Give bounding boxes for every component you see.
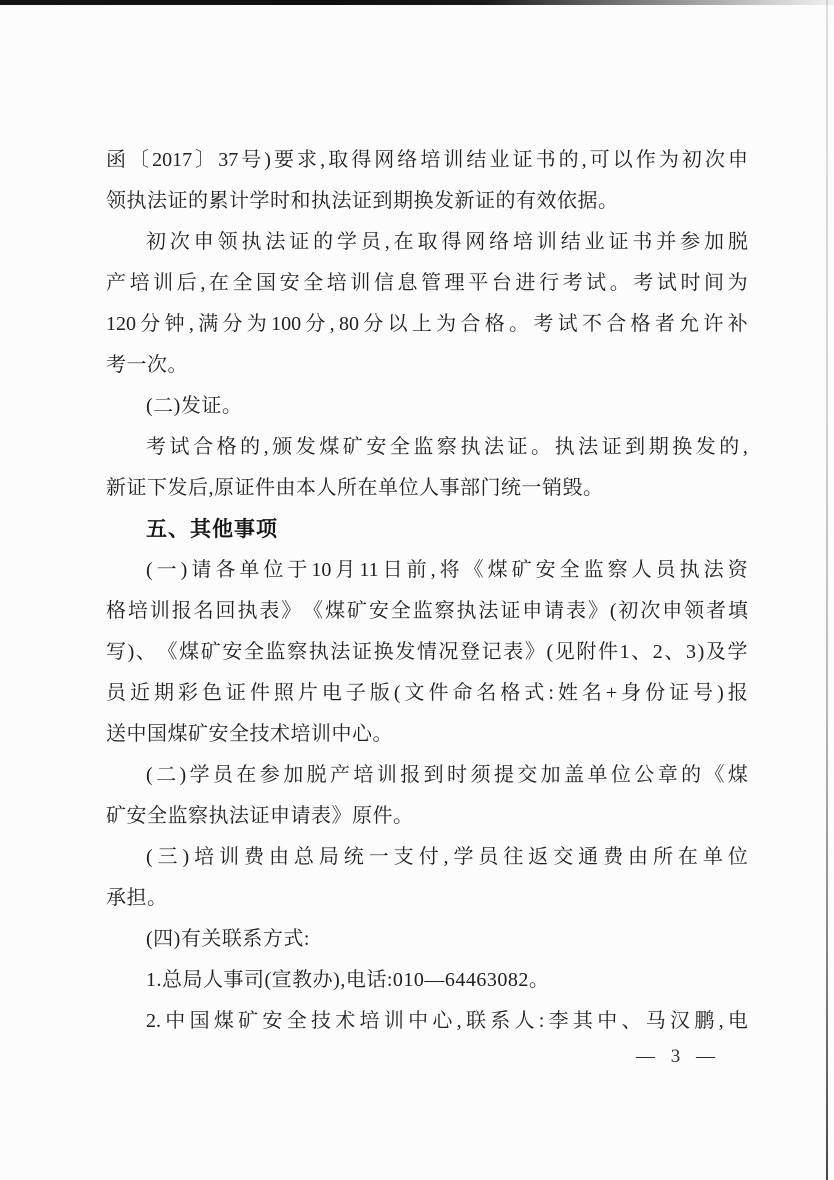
glyph-token: 份: [645, 673, 665, 714]
glyph-token: 2017: [152, 140, 192, 181]
glyph-token: 各: [215, 550, 235, 591]
glyph-token: 参: [680, 222, 700, 263]
glyph-token: 要: [274, 140, 294, 181]
glyph-token: 允: [679, 304, 699, 345]
glyph-token: 证: [602, 427, 622, 468]
glyph-token: 全: [244, 632, 264, 673]
glyph-token: 络: [489, 222, 509, 263]
glyph-token: 执: [309, 632, 329, 673]
glyph-token: 费: [603, 837, 623, 878]
glyph-token: 法: [484, 427, 504, 468]
glyph-token: 员: [106, 673, 126, 714]
section-heading: 五、其他事项: [106, 509, 748, 550]
glyph-token: 合: [193, 427, 213, 468]
glyph-token: 满: [198, 304, 218, 345]
glyph-token: 盖: [564, 755, 584, 796]
glyph-token: 中: [165, 1001, 185, 1042]
glyph-token: 须: [470, 755, 490, 796]
glyph-token: 培: [130, 263, 150, 304]
glyph-token: 号: [693, 673, 713, 714]
glyph-token: 时: [680, 263, 700, 304]
glyph-token: 二: [156, 755, 176, 796]
glyph-token: ): [128, 632, 135, 673]
glyph-token: 报: [172, 591, 192, 632]
glyph-token: 将: [440, 550, 460, 591]
glyph-token: 矿: [201, 632, 221, 673]
glyph-token: (: [610, 591, 617, 632]
glyph-token: 记: [482, 632, 502, 673]
glyph-token: 合: [460, 304, 480, 345]
glyph-token: 》: [525, 632, 545, 673]
glyph-token: 〕: [195, 140, 215, 181]
document-text-block: 函〔2017〕37号)要求,取得网络培训结业证书的,可以作为初次申领执法证的累计…: [106, 140, 748, 1042]
glyph-token: 脱: [728, 222, 748, 263]
glyph-token: ,: [444, 837, 449, 878]
glyph-token: 法: [478, 591, 498, 632]
glyph-token: 执: [242, 222, 262, 263]
glyph-token: 颁: [272, 427, 292, 468]
scan-edge-right-artifact: [826, 0, 828, 1180]
glyph-token: 、: [136, 632, 156, 673]
glyph-token: 安: [262, 1001, 282, 1042]
glyph-token: 2: [653, 632, 663, 673]
glyph-token: 监: [413, 591, 433, 632]
glyph-token: 钟: [165, 304, 185, 345]
glyph-token: 安: [366, 427, 386, 468]
glyph-token: 察: [287, 632, 307, 673]
glyph-token: 37: [218, 140, 238, 181]
glyph-token: 许: [703, 304, 723, 345]
glyph-token: +: [606, 673, 617, 714]
glyph-token: 表: [259, 591, 279, 632]
glyph-token: 煤: [728, 755, 748, 796]
glyph-token: 函: [106, 140, 126, 181]
glyph-token: 、: [664, 632, 684, 673]
glyph-token: 为: [659, 140, 679, 181]
glyph-token: 交: [517, 755, 537, 796]
glyph-token: 情: [417, 632, 437, 673]
glyph-token: ): [181, 550, 188, 591]
glyph-token: 由: [628, 837, 648, 878]
glyph-token: 报: [400, 755, 420, 796]
glyph-token: 换: [672, 427, 692, 468]
glyph-token: 版: [370, 673, 390, 714]
glyph-token: 矿: [512, 550, 532, 591]
glyph-token: 总: [294, 837, 314, 878]
glyph-token: 。: [531, 427, 551, 468]
glyph-token: 全: [390, 427, 410, 468]
document-line: 产培训后,在全国安全培训信息管理平台进行考试。考试时间为: [106, 263, 748, 304]
glyph-token: 人: [515, 1001, 535, 1042]
glyph-token: 位: [263, 550, 283, 591]
glyph-token: 安: [222, 632, 242, 673]
glyph-token: 者: [706, 591, 726, 632]
glyph-token: 术: [335, 1001, 355, 1042]
glyph-token: 行: [539, 263, 559, 304]
glyph-token: 其: [573, 1001, 593, 1042]
glyph-token: (: [146, 755, 153, 796]
glyph-token: 日: [383, 550, 403, 591]
glyph-token: 单: [703, 837, 723, 878]
glyph-token: 培: [194, 837, 214, 878]
glyph-token: 训: [153, 263, 173, 304]
glyph-token: 格: [485, 304, 505, 345]
glyph-token: 培: [420, 140, 440, 181]
glyph-token: 发: [296, 427, 316, 468]
glyph-token: 申: [662, 591, 682, 632]
glyph-token: 证: [352, 632, 372, 673]
glyph-token: 报: [728, 673, 748, 714]
glyph-token: 联: [466, 1001, 486, 1042]
glyph-token: ): [717, 673, 724, 714]
glyph-token: 况: [438, 632, 458, 673]
glyph-token: 训: [443, 140, 463, 181]
glyph-token: 台: [492, 263, 512, 304]
glyph-token: 初: [618, 591, 638, 632]
glyph-token: 全: [391, 591, 411, 632]
glyph-token: 矿: [238, 1001, 258, 1042]
glyph-token: ,: [457, 1001, 462, 1042]
glyph-token: 全: [287, 1001, 307, 1042]
glyph-token: 得: [441, 222, 461, 263]
glyph-token: 不: [582, 304, 602, 345]
glyph-token: 申: [194, 222, 214, 263]
glyph-token: 培: [128, 591, 148, 632]
glyph-token: 为: [247, 304, 267, 345]
glyph-token: ,: [320, 140, 325, 181]
glyph-token: 往: [503, 837, 523, 878]
glyph-token: 100: [271, 304, 301, 345]
glyph-token: (: [394, 673, 401, 714]
glyph-token: 、: [631, 632, 651, 673]
glyph-token: 附: [576, 632, 596, 673]
glyph-token: 发: [395, 632, 415, 673]
glyph-token: 色: [202, 673, 222, 714]
glyph-token: 加: [704, 222, 724, 263]
glyph-token: 的: [240, 427, 260, 468]
glyph-token: 期: [154, 673, 174, 714]
document-line: 2.中国煤矿安全技术培训中心,联系人:李其中、马汉鹏,电: [106, 1001, 748, 1042]
glyph-token: 照: [274, 673, 294, 714]
glyph-token: 11: [359, 550, 378, 591]
glyph-token: 汉: [670, 1001, 690, 1042]
glyph-token: ,: [200, 263, 205, 304]
glyph-token: 参: [260, 755, 280, 796]
glyph-token: 执: [460, 427, 480, 468]
glyph-token: 1: [620, 632, 630, 673]
glyph-token: 中: [597, 1001, 617, 1042]
glyph-token: 监: [413, 427, 433, 468]
glyph-token: 费: [244, 837, 264, 878]
glyph-token: 件: [598, 632, 618, 673]
glyph-token: ): [183, 837, 190, 878]
glyph-token: 试: [170, 427, 190, 468]
glyph-token: 技: [311, 1001, 331, 1042]
glyph-token: 返: [528, 837, 548, 878]
glyph-token: 一: [157, 550, 177, 591]
glyph-token: :: [548, 673, 554, 714]
glyph-token: 的: [313, 222, 333, 263]
glyph-token: 法: [578, 427, 598, 468]
glyph-token: 提: [494, 755, 514, 796]
glyph-token: 以: [388, 304, 408, 345]
glyph-token: 电: [322, 673, 342, 714]
glyph-token: 格: [500, 673, 520, 714]
glyph-token: 网: [374, 140, 394, 181]
glyph-token: 培: [360, 1001, 380, 1042]
glyph-token: 通: [578, 837, 598, 878]
glyph-token: 证: [609, 222, 629, 263]
glyph-token: 执: [237, 591, 257, 632]
glyph-token: ,: [743, 427, 748, 468]
glyph-token: 彩: [178, 673, 198, 714]
glyph-token: 法: [330, 632, 350, 673]
document-line: 写)、《煤矿安全监察执法证换发情况登记表》(见附件1、2、3)及学: [106, 632, 748, 673]
document-line: (一)请各单位于10月11日前,将《煤矿安全监察人员执法资: [106, 550, 748, 591]
glyph-token: 统: [344, 837, 364, 878]
glyph-token: :: [539, 1001, 545, 1042]
glyph-token: 试: [657, 263, 677, 304]
glyph-token: 培: [513, 222, 533, 263]
glyph-token: 《: [464, 550, 484, 591]
document-line: 格培训报名回执表》《煤矿安全监察执法证申请表》(初次申领者填: [106, 591, 748, 632]
glyph-token: 培: [327, 263, 347, 304]
glyph-token: 交: [553, 837, 573, 878]
glyph-token: 员: [478, 837, 498, 878]
glyph-token: 系: [490, 1001, 510, 1042]
glyph-token: 管: [421, 263, 441, 304]
glyph-token: 》: [281, 591, 301, 632]
glyph-token: 领: [684, 591, 704, 632]
glyph-token: 到: [424, 755, 444, 796]
glyph-token: 学: [337, 222, 357, 263]
glyph-token: 取: [328, 140, 348, 181]
glyph-token: 的: [559, 140, 579, 181]
glyph-token: (: [146, 550, 153, 591]
glyph-token: 发: [696, 427, 716, 468]
glyph-token: 安: [536, 550, 556, 591]
glyph-token: 为: [728, 263, 748, 304]
glyph-token: 分: [140, 304, 160, 345]
glyph-token: 察: [608, 550, 628, 591]
document-line: 1.总局人事司(宣教办),电话:010—64463082。: [106, 960, 748, 1001]
glyph-token: 并: [656, 222, 676, 263]
glyph-token: 前: [407, 550, 427, 591]
glyph-token: 全: [303, 263, 323, 304]
glyph-token: ,: [189, 304, 194, 345]
glyph-token: 到: [625, 427, 645, 468]
glyph-token: 领: [218, 222, 238, 263]
glyph-token: 产: [106, 263, 126, 304]
glyph-token: 证: [513, 140, 533, 181]
scanned-document-page: 函〔2017〕37号)要求,取得网络培训结业证书的,可以作为初次申领执法证的累计…: [0, 0, 834, 1180]
glyph-token: 《: [705, 755, 725, 796]
glyph-token: 分: [305, 304, 325, 345]
glyph-token: 《: [303, 591, 323, 632]
glyph-token: 执: [680, 550, 700, 591]
glyph-token: 期: [649, 427, 669, 468]
glyph-token: 安: [280, 263, 300, 304]
glyph-token: ,: [431, 550, 436, 591]
document-line: 领执法证的累计学时和执法证到期换发新证的有效依据。: [106, 181, 748, 222]
glyph-token: (: [146, 837, 153, 878]
document-line: 考试合格的,颁发煤矿安全监察执法证。执法证到期换发的,: [106, 427, 748, 468]
glyph-token: 以: [613, 140, 633, 181]
glyph-token: 业: [489, 140, 509, 181]
glyph-token: 者: [655, 304, 675, 345]
glyph-token: 执: [555, 427, 575, 468]
scan-edge-top-artifact: [0, 0, 834, 5]
document-line: 120分钟,满分为100分,80分以上为合格。考试不合格者允许补: [106, 304, 748, 345]
page-number: — 3 —: [636, 1042, 715, 1072]
glyph-token: 察: [437, 427, 457, 468]
glyph-token: 络: [397, 140, 417, 181]
document-line: 承担。: [106, 878, 748, 919]
glyph-token: 国: [256, 263, 276, 304]
glyph-token: 件: [250, 673, 270, 714]
glyph-token: 考: [146, 427, 166, 468]
glyph-token: 次: [170, 222, 190, 263]
document-line: 初次申领执法证的学员,在取得网络培训结业证书并参加脱: [106, 222, 748, 263]
glyph-token: 脱: [307, 755, 327, 796]
glyph-token: 。: [610, 263, 630, 304]
glyph-token: 120: [106, 304, 136, 345]
glyph-token: 员: [213, 755, 233, 796]
glyph-token: 月: [335, 550, 355, 591]
glyph-token: 全: [560, 550, 580, 591]
glyph-token: 单: [239, 550, 259, 591]
glyph-token: 申: [522, 591, 542, 632]
glyph-token: 2.: [146, 1001, 161, 1042]
glyph-token: 煤: [488, 550, 508, 591]
glyph-token: 培: [353, 755, 373, 796]
glyph-token: 命: [452, 673, 472, 714]
glyph-token: 学: [728, 632, 748, 673]
glyph-token: 得: [351, 140, 371, 181]
glyph-token: 网: [465, 222, 485, 263]
glyph-token: 子: [346, 673, 366, 714]
glyph-token: 章: [658, 755, 678, 796]
glyph-token: 法: [704, 550, 724, 591]
glyph-token: 初: [682, 140, 702, 181]
glyph-token: 训: [537, 222, 557, 263]
glyph-token: 试: [586, 263, 606, 304]
glyph-token: 书: [536, 140, 556, 181]
glyph-token: 李: [549, 1001, 569, 1042]
glyph-token: 3: [686, 632, 696, 673]
glyph-token: ): [698, 632, 705, 673]
document-line: 送中国煤矿安全技术培训中心。: [106, 714, 748, 755]
glyph-token: 全: [232, 263, 252, 304]
glyph-token: 近: [130, 673, 150, 714]
glyph-token: 矿: [347, 591, 367, 632]
glyph-token: 信: [374, 263, 394, 304]
glyph-token: 理: [445, 263, 465, 304]
glyph-token: ,: [719, 1001, 724, 1042]
glyph-token: 局: [319, 837, 339, 878]
glyph-token: 书: [632, 222, 652, 263]
glyph-token: 资: [728, 550, 748, 591]
glyph-token: 姓: [558, 673, 578, 714]
glyph-token: 写: [106, 632, 126, 673]
glyph-token: 在: [209, 263, 229, 304]
glyph-token: 加: [283, 755, 303, 796]
glyph-token: 训: [350, 263, 370, 304]
glyph-token: 次: [705, 140, 725, 181]
glyph-token: 证: [500, 591, 520, 632]
glyph-token: (: [546, 632, 553, 673]
glyph-token: 初: [146, 222, 166, 263]
glyph-token: 上: [412, 304, 432, 345]
glyph-token: 矿: [343, 427, 363, 468]
glyph-token: 考: [633, 263, 653, 304]
glyph-token: ): [179, 755, 186, 796]
glyph-token: 表: [566, 591, 586, 632]
glyph-token: 分: [363, 304, 383, 345]
glyph-token: 回: [216, 591, 236, 632]
glyph-token: 学: [190, 755, 210, 796]
glyph-token: 《: [158, 632, 178, 673]
glyph-token: 的: [681, 755, 701, 796]
glyph-token: 监: [584, 550, 604, 591]
glyph-token: 由: [269, 837, 289, 878]
glyph-token: ,: [582, 140, 587, 181]
glyph-token: 所: [653, 837, 673, 878]
glyph-token: 员: [656, 550, 676, 591]
glyph-token: 身: [621, 673, 641, 714]
glyph-token: 在: [678, 837, 698, 878]
glyph-token: 考: [563, 263, 583, 304]
document-line: (二)发证。: [106, 386, 748, 427]
glyph-token: 次: [640, 591, 660, 632]
glyph-token: 训: [150, 591, 170, 632]
glyph-token: 取: [418, 222, 438, 263]
glyph-token: 求: [297, 140, 317, 181]
glyph-token: 中: [408, 1001, 428, 1042]
glyph-token: 名: [476, 673, 496, 714]
glyph-token: 证: [669, 673, 689, 714]
glyph-token: 位: [611, 755, 631, 796]
document-line: (二)学员在参加脱产培训报到时须提交加盖单位公章的《煤: [106, 755, 748, 796]
glyph-token: 及: [706, 632, 726, 673]
glyph-token: 补: [728, 304, 748, 345]
glyph-token: 分: [222, 304, 242, 345]
glyph-token: 训: [219, 837, 239, 878]
glyph-token: 支: [394, 837, 414, 878]
glyph-token: 在: [236, 755, 256, 796]
glyph-token: 训: [377, 755, 397, 796]
glyph-token: 证: [508, 427, 528, 468]
glyph-token: 请: [544, 591, 564, 632]
glyph-token: 马: [646, 1001, 666, 1042]
glyph-token: 表: [503, 632, 523, 673]
glyph-token: 填: [728, 591, 748, 632]
glyph-token: 单: [587, 755, 607, 796]
glyph-token: 平: [468, 263, 488, 304]
glyph-token: 结: [466, 140, 486, 181]
document-line: (四)有关联系方式:: [106, 919, 748, 960]
glyph-token: 安: [369, 591, 389, 632]
glyph-token: 业: [585, 222, 605, 263]
glyph-token: 察: [435, 591, 455, 632]
glyph-token: 申: [728, 140, 748, 181]
glyph-token: ,: [385, 222, 390, 263]
glyph-token: 号: [241, 140, 261, 181]
glyph-token: ,: [330, 304, 335, 345]
glyph-token: 执: [457, 591, 477, 632]
glyph-token: 换: [374, 632, 394, 673]
glyph-token: 试: [558, 304, 578, 345]
